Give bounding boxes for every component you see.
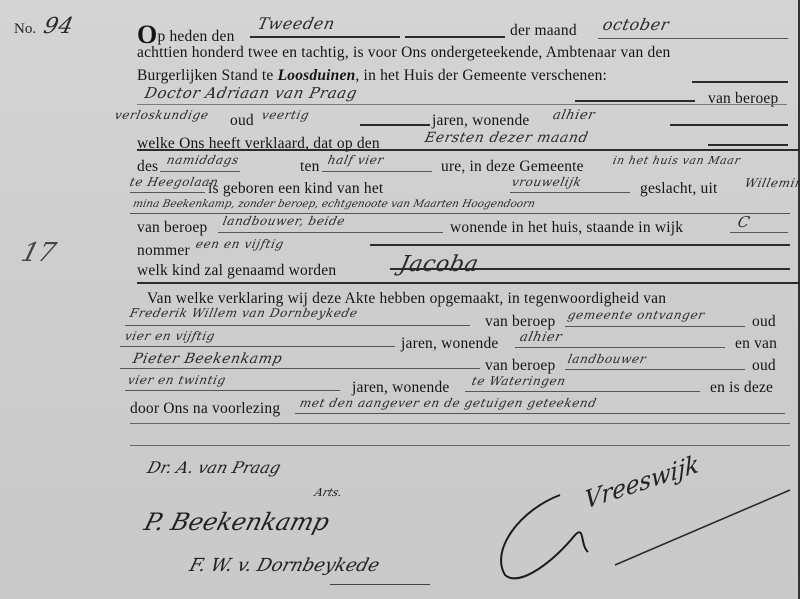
printed-line-3: Burgerlijken Stand te Loosduinen, in het… (137, 67, 607, 85)
underline (322, 171, 432, 172)
act-number: 94 (41, 14, 76, 39)
printed-text: oud (752, 313, 776, 331)
field-witness2-residence: te Wateringen (471, 374, 568, 388)
printed-text: van beroep (485, 357, 555, 375)
field-month: october (601, 15, 671, 34)
field-witness2-profession: landbouwer (567, 352, 648, 366)
underline (295, 413, 785, 414)
field-declarant-residence: alhier (551, 108, 596, 123)
printed-text: ure, in deze Gemeente (441, 158, 584, 176)
underline (405, 36, 505, 38)
rule-line (137, 149, 800, 151)
field-mother-b: mina Beekenkamp, zonder beroep, echtgeno… (132, 198, 536, 210)
signature-declarant: Dr. A. van Praag (145, 458, 282, 477)
printed-text: jaren, wonende (401, 335, 498, 353)
municipality-name: Loosduinen (278, 67, 356, 84)
underline (125, 325, 470, 326)
underline (160, 171, 240, 172)
field-day: Tweeden (256, 14, 337, 33)
field-nommer: een en vijftig (195, 237, 286, 251)
printed-text: jaren, wonende (432, 112, 529, 130)
printed-text: jaren, wonende (352, 379, 449, 397)
printed-text: van beroep (485, 313, 555, 331)
field-closing: met den aangever en de getuigen geteeken… (299, 396, 599, 410)
signature-flourish (330, 584, 430, 585)
printed-text: des (137, 158, 158, 176)
underline (250, 36, 400, 38)
underline (730, 232, 788, 233)
signature-witness2: P. Beekenkamp (141, 508, 332, 536)
field-wijk: C (736, 213, 752, 231)
printed-text: geslacht, uit (640, 180, 718, 198)
printed-text: welk kind zal genaamd worden (137, 262, 336, 280)
act-number-prefix: No. (14, 21, 36, 37)
printed-text: der maand (510, 22, 577, 40)
underline (465, 391, 700, 392)
field-witness1-profession: gemeente ontvanger (567, 308, 707, 322)
birth-record-page: No. 94 17 Op heden den Tweeden der maand… (0, 0, 800, 599)
field-birth-place-a: in het huis van Maar (612, 154, 742, 167)
printed-text: p heden den (157, 28, 234, 45)
printed-text: , in het Huis der Gemeente verschenen: (355, 67, 607, 84)
field-witness2-age: vier en twintig (127, 373, 228, 387)
field-day-part: namiddags (166, 153, 241, 167)
field-mother-a: Willemina (744, 176, 800, 190)
underline (510, 192, 630, 193)
margin-number: 17 (18, 238, 59, 268)
printed-text: van beroep (708, 90, 778, 108)
field-child-sex: vrouwelijk (511, 175, 583, 189)
rule-line (130, 423, 790, 424)
rule-line (137, 104, 787, 105)
underline (565, 326, 745, 327)
printed-text: en van (735, 335, 777, 353)
underline (670, 124, 788, 126)
printed-text: Burgerlijken Stand te (137, 67, 274, 84)
underline (120, 368, 480, 369)
underline (565, 369, 745, 370)
underline (125, 390, 340, 391)
underline (218, 232, 443, 233)
underline (575, 100, 695, 102)
field-witness1-residence: alhier (518, 330, 563, 345)
printed-text: wonende in het huis, staande in wijk (450, 219, 683, 237)
printed-text: en is deze (710, 379, 773, 397)
field-birth-date: Eersten dezer maand (423, 130, 590, 146)
underline (692, 81, 788, 83)
field-birth-place-b: te Heegolaan (129, 175, 220, 189)
printed-line-2: achttien honderd twee en tachtig, is voo… (137, 44, 671, 62)
field-declarant-profession: verloskundige (114, 108, 211, 122)
underline (515, 347, 725, 348)
field-witness1-name: Frederik Willem van Dornbeykede (129, 306, 360, 320)
underline (120, 346, 395, 347)
field-declarant-name: Doctor Adriaan van Praag (143, 84, 359, 102)
signature-registrar-flourish (470, 440, 800, 580)
field-witness2-name: Pieter Beekenkamp (131, 351, 284, 367)
printed-text: nommer (137, 242, 190, 260)
underline (360, 124, 430, 126)
field-birth-hour: half vier (327, 153, 386, 167)
field-parents-profession: landbouwer, beide (222, 214, 347, 228)
act-number-label: No. 94 (14, 14, 73, 39)
printed-text: oud (230, 112, 254, 130)
underline (390, 268, 790, 270)
printed-text: ten (300, 158, 320, 176)
underline (708, 144, 788, 146)
printed-text: van beroep (137, 219, 207, 237)
field-declarant-age: veertig (261, 108, 311, 122)
signature-witness1: F. W. v. Dornbeykede (187, 555, 382, 576)
underline (130, 192, 205, 193)
underline (370, 244, 790, 246)
rule-line (137, 282, 800, 284)
printed-text: is geboren een kind van het (208, 180, 383, 198)
printed-text: door Ons na voorlezing (130, 400, 280, 418)
field-child-name: Jacoba (397, 252, 481, 277)
signature-declarant-title: Arts. (313, 486, 343, 499)
printed-text: oud (752, 357, 776, 375)
underline (598, 38, 788, 39)
field-witness1-age: vier en vijftig (124, 329, 217, 343)
